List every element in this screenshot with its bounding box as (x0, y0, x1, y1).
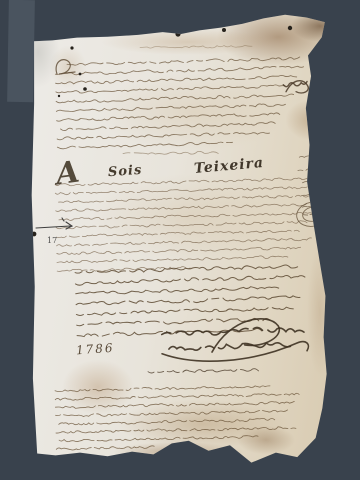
paragraph-1 (55, 57, 306, 150)
paragraph-2 (55, 177, 315, 272)
ink-speck (175, 31, 180, 36)
initial-flourish (56, 60, 75, 74)
ink-speck (288, 26, 292, 30)
ink-speck (32, 232, 37, 237)
ink-speck (28, 168, 32, 172)
photo-background: A Sois Teixeira 1786 17 (0, 0, 360, 480)
ink-speck (79, 73, 82, 76)
ink-speck (222, 28, 226, 32)
manuscript-page: A Sois Teixeira 1786 17 (28, 12, 334, 470)
ink-speck (70, 46, 73, 49)
heading-script (140, 45, 252, 49)
surface-edge-highlight (7, 0, 35, 102)
ink-speck (146, 12, 150, 16)
signature-flourish (161, 317, 309, 363)
ink-speck (83, 87, 87, 91)
handwriting-layer (28, 12, 334, 470)
subheading-script (123, 151, 218, 155)
closing-line (148, 369, 259, 381)
paragraph-4 (55, 384, 300, 450)
seal-flourish (294, 199, 330, 229)
folio-flourish (283, 79, 318, 95)
paragraph-3 (75, 264, 307, 337)
ink-speck (58, 95, 60, 97)
